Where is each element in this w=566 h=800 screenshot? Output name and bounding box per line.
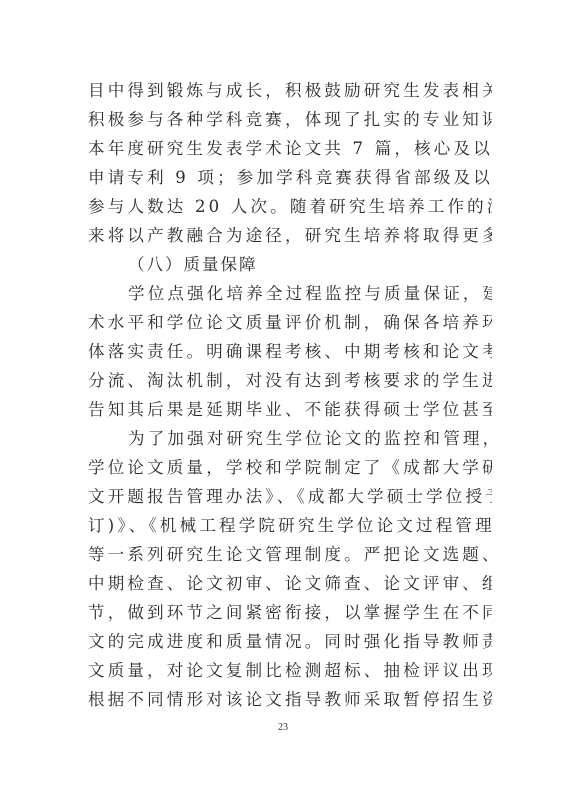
body-text: 目中得到锻炼与成长，积极鼓励研究生发表相关科研成果， 积极参与各种学科竞赛，体现… <box>88 76 492 714</box>
text-line: 为了加强对研究生学位论文的监控和管理，提高研究生 <box>88 424 492 453</box>
text-line: 分流、淘汰机制，对没有达到考核要求的学生进行学业预警， <box>88 366 492 395</box>
text-line: 体落实责任。明确课程考核、中期考核和论文考核不合格的 <box>88 337 492 366</box>
text-line: 申请专利 9 项；参加学科竞赛获得省部级及以上奖项 11 次， <box>88 163 492 192</box>
text-line: 节，做到环节之间紧密衔接，以掌握学生在不同阶段学位论 <box>88 598 492 627</box>
paragraph-quality-assurance: 学位点强化培养全过程监控与质量保证，建立全面的学 术水平和学位论文质量评价机制，… <box>88 279 492 424</box>
document-page: 目中得到锻炼与成长，积极鼓励研究生发表相关科研成果， 积极参与各种学科竞赛，体现… <box>0 0 566 800</box>
page-number: 23 <box>0 722 566 733</box>
text-line: 文的完成进度和质量情况。同时强化指导教师责任，保障论 <box>88 627 492 656</box>
text-line: 参与人数达 20 人次。随着研究生培养工作的深入开展，未 <box>88 192 492 221</box>
text-line: 学位论文质量，学校和学院制定了《成都大学研究生学位论 <box>88 453 492 482</box>
text-line: 中期检查、论文初审、论文筛查、论文评审、组织答辩等环 <box>88 569 492 598</box>
section-heading: （八）质量保障 <box>88 250 492 279</box>
text-line: 文开题报告管理办法》、《成都大学硕士学位授予工作细则(修 <box>88 482 492 511</box>
text-line: 等一系列研究生论文管理制度。严把论文选题、开题答辩、 <box>88 540 492 569</box>
text-line: 订)》、《机械工程学院研究生学位论文过程管理实施细则》 <box>88 511 492 540</box>
text-line: 本年度研究生发表学术论文共 7 篇，核心及以上 5 篇；参与 <box>88 134 492 163</box>
text-line: 告知其后果是延期毕业、不能获得硕士学位甚至退学。 <box>88 395 492 424</box>
text-line: 文质量，对论文复制比检测超标、抽检评议出现问题的论文， <box>88 656 492 685</box>
text-line: 积极参与各种学科竞赛，体现了扎实的专业知识和创新能力。 <box>88 105 492 134</box>
text-line: 来将以产教融合为途径，研究生培养将取得更多更好成绩。 <box>88 221 492 250</box>
text-line: 目中得到锻炼与成长，积极鼓励研究生发表相关科研成果， <box>88 76 492 105</box>
text-line: 学位点强化培养全过程监控与质量保证，建立全面的学 <box>88 279 492 308</box>
text-line: 术水平和学位论文质量评价机制，确保各培养环节和培养主 <box>88 308 492 337</box>
text-line: 根据不同情形对该论文指导教师采取暂停招生资格或取消导 <box>88 685 492 714</box>
paragraph-thesis-management: 为了加强对研究生学位论文的监控和管理，提高研究生 学位论文质量，学校和学院制定了… <box>88 424 492 714</box>
